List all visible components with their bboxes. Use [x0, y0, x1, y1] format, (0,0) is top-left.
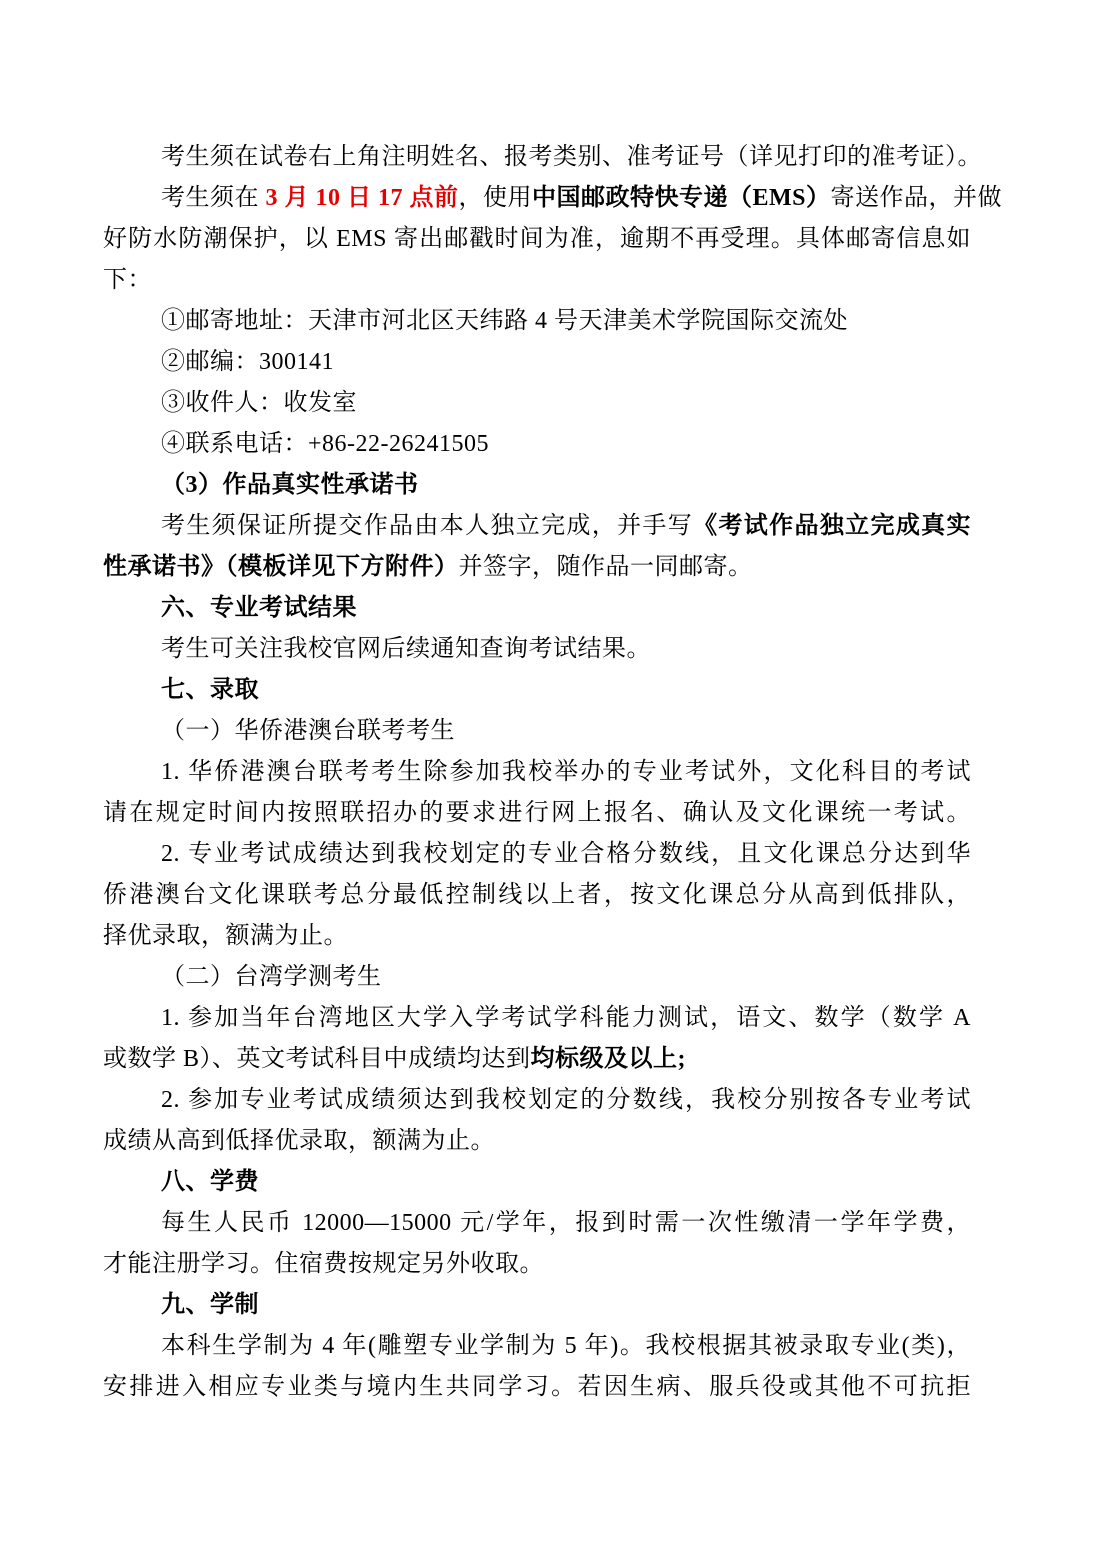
text-segment: 九、学制: [161, 1292, 259, 1318]
text-line: ③收件人：收发室: [103, 383, 971, 424]
text-line: 或数学 B）、英文考试科目中成绩均达到均标级及以上;: [103, 1039, 971, 1080]
text-segment: 请在规定时间内按照联招办的要求进行网上报名、确认及文化课统一考试。: [103, 800, 971, 826]
text-segment: 本科生学制为 4 年(雕塑专业学制为 5 年)。我校根据其被录取专业(类)，: [161, 1333, 971, 1359]
text-line: 考生须保证所提交作品由本人独立完成，并手写《考试作品独立完成真实: [103, 506, 971, 547]
text-line: 才能注册学习。住宿费按规定另外收取。: [103, 1244, 971, 1285]
text-line: 考生须在 3 月 10 日 17 点前，使用中国邮政特快专递（EMS）寄送作品，…: [103, 178, 971, 219]
text-line: ④联系电话：+86-22-26241505: [103, 424, 971, 465]
text-segment: 才能注册学习。住宿费按规定另外收取。: [103, 1251, 544, 1277]
text-segment: 考生可关注我校官网后续通知查询考试结果。: [161, 636, 651, 662]
text-line: 考生须在试卷右上角注明姓名、报考类别、准考证号（详见打印的准考证）。: [103, 137, 971, 178]
text-segment: 安排进入相应专业类与境内生共同学习。若因生病、服兵役或其他不可抗拒: [103, 1374, 971, 1400]
text-segment: 每生人民币 12000—15000 元/学年，报到时需一次性缴清一学年学费，: [161, 1210, 971, 1236]
text-segment: 六、专业考试结果: [161, 595, 357, 621]
text-line: 本科生学制为 4 年(雕塑专业学制为 5 年)。我校根据其被录取专业(类)，: [103, 1326, 971, 1367]
text-line: 下：: [103, 260, 971, 301]
text-segment: ①邮寄地址：天津市河北区天纬路 4 号天津美术学院国际交流处: [161, 308, 848, 334]
text-segment: ④联系电话：+86-22-26241505: [161, 431, 489, 457]
text-line: 七、录取: [103, 670, 971, 711]
text-segment: 成绩从高到低择优录取，额满为止。: [103, 1128, 495, 1154]
text-line: 九、学制: [103, 1285, 971, 1326]
text-segment: 七、录取: [161, 677, 259, 703]
text-segment: 2. 参加专业考试成绩须达到我校划定的分数线，我校分别按各专业考试: [161, 1087, 971, 1113]
document-page: 考生须在试卷右上角注明姓名、报考类别、准考证号（详见打印的准考证）。考生须在 3…: [0, 0, 1102, 1559]
text-line: （3）作品真实性承诺书: [103, 465, 971, 506]
text-line: 每生人民币 12000—15000 元/学年，报到时需一次性缴清一学年学费，: [103, 1203, 971, 1244]
text-segment: 《考试作品独立完成真实: [693, 513, 971, 539]
text-line: 请在规定时间内按照联招办的要求进行网上报名、确认及文化课统一考试。: [103, 793, 971, 834]
text-segment: （3）作品真实性承诺书: [161, 472, 419, 498]
text-line: 安排进入相应专业类与境内生共同学习。若因生病、服兵役或其他不可抗拒: [103, 1367, 971, 1408]
text-segment: 侨港澳台文化课联考总分最低控制线以上者，按文化课总分从高到低排队，: [103, 882, 971, 908]
text-line: 考生可关注我校官网后续通知查询考试结果。: [103, 629, 971, 670]
text-segment: 性承诺书》（模板详见下方附件）: [103, 554, 459, 580]
text-segment: 均标级及以上;: [531, 1046, 687, 1072]
text-segment: 择优录取，额满为止。: [103, 923, 348, 949]
text-segment: 1. 华侨港澳台联考考生除参加我校举办的专业考试外，文化科目的考试: [161, 759, 971, 785]
text-segment: 并签字，随作品一同邮寄。: [459, 554, 753, 580]
deadline-highlight-text: 3 月 10 日 17 点前: [266, 185, 459, 211]
text-segment: ②邮编：300141: [161, 349, 334, 375]
text-segment: 考生须在: [161, 185, 266, 211]
text-line: 1. 华侨港澳台联考考生除参加我校举办的专业考试外，文化科目的考试: [103, 752, 971, 793]
text-segment: 或数学 B）、英文考试科目中成绩均达到: [103, 1046, 531, 1072]
text-segment: 寄送作品，并做: [831, 185, 1003, 211]
text-line: 性承诺书》（模板详见下方附件）并签字，随作品一同邮寄。: [103, 547, 971, 588]
text-line: 成绩从高到低择优录取，额满为止。: [103, 1121, 971, 1162]
document-body: 考生须在试卷右上角注明姓名、报考类别、准考证号（详见打印的准考证）。考生须在 3…: [103, 137, 971, 1408]
text-line: ②邮编：300141: [103, 342, 971, 383]
text-segment: 考生须保证所提交作品由本人独立完成，并手写: [161, 513, 693, 539]
text-segment: 考生须在试卷右上角注明姓名、报考类别、准考证号（详见打印的准考证）。: [161, 144, 982, 170]
text-line: 1. 参加当年台湾地区大学入学考试学科能力测试，语文、数学（数学 A: [103, 998, 971, 1039]
text-line: 2. 参加专业考试成绩须达到我校划定的分数线，我校分别按各专业考试: [103, 1080, 971, 1121]
text-segment: 1. 参加当年台湾地区大学入学考试学科能力测试，语文、数学（数学 A: [161, 1005, 971, 1031]
text-line: 好防水防潮保护，以 EMS 寄出邮戳时间为准，逾期不再受理。具体邮寄信息如: [103, 219, 971, 260]
text-segment: 八、学费: [161, 1169, 259, 1195]
text-segment: 2. 专业考试成绩达到我校划定的专业合格分数线，且文化课总分达到华: [161, 841, 971, 867]
text-line: ①邮寄地址：天津市河北区天纬路 4 号天津美术学院国际交流处: [103, 301, 971, 342]
text-line: （二）台湾学测考生: [103, 957, 971, 998]
text-line: 2. 专业考试成绩达到我校划定的专业合格分数线，且文化课总分达到华: [103, 834, 971, 875]
text-line: 侨港澳台文化课联考总分最低控制线以上者，按文化课总分从高到低排队，: [103, 875, 971, 916]
text-segment: （二）台湾学测考生: [161, 964, 382, 990]
text-segment: ③收件人：收发室: [161, 390, 357, 416]
text-segment: 下：: [103, 267, 152, 293]
text-line: （一）华侨港澳台联考考生: [103, 711, 971, 752]
text-segment: 好防水防潮保护，以 EMS 寄出邮戳时间为准，逾期不再受理。具体邮寄信息如: [103, 226, 971, 252]
text-segment: （一）华侨港澳台联考考生: [161, 718, 455, 744]
text-line: 八、学费: [103, 1162, 971, 1203]
text-line: 择优录取，额满为止。: [103, 916, 971, 957]
text-segment: 中国邮政特快专递（EMS）: [532, 185, 831, 211]
text-line: 六、专业考试结果: [103, 588, 971, 629]
text-segment: ，使用: [459, 185, 533, 211]
